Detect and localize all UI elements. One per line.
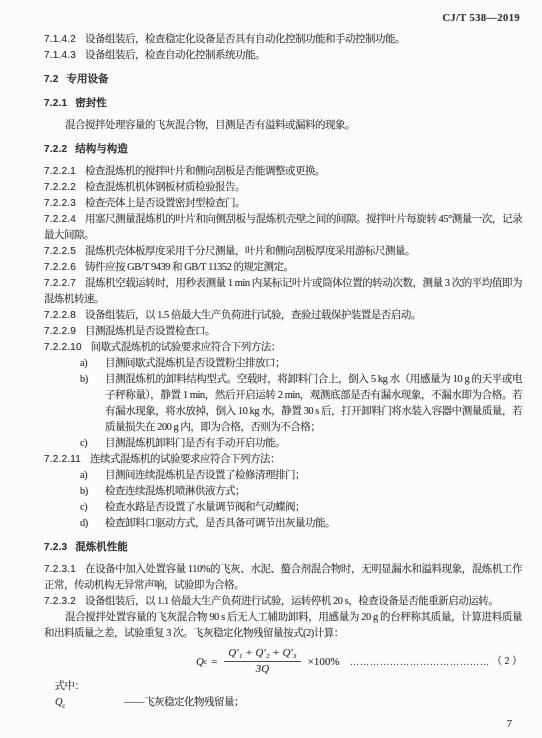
clause-number: 7.2.3.2 (44, 596, 76, 607)
section-heading-7.2.2: 7.2.2结构与构造 (44, 141, 522, 158)
clause-number: 7.1.4.2 (44, 34, 76, 45)
equals-sign: = (211, 654, 217, 670)
clause-text: 铸件应按 GB/T 9439 和 GB/T 11352 的规定测定。 (85, 262, 294, 273)
clause-number: 7.1.4.3 (44, 50, 76, 61)
section-number: 7.2 (44, 74, 59, 85)
clause-7.2.2.1: 7.2.2.1检查混炼机的搅拌叶片和侧向刮板是否能调整或更换。 (44, 164, 522, 180)
clause-number: 7.2.2.1 (44, 166, 76, 177)
clause-text: 检查混炼机的搅拌叶片和侧向刮板是否能调整或更换。 (85, 166, 325, 177)
clause-7.2.2.8: 7.2.2.8设备组装后，以 1.5 倍最大生产负荷进行试验，查验过载保护装置是… (44, 308, 522, 324)
list-text: 目测间连续混炼机是否设置了检修清理排门； (105, 468, 522, 484)
list-text: 检查卸料口驱动方式，是否具备可调节出灰量功能。 (105, 516, 522, 532)
list-item-d: d)检查卸料口驱动方式，是否具备可调节出灰量功能。 (80, 516, 522, 532)
clause-7.2.2.7: 7.2.2.7混炼机空载运转时，用秒表测量 1 min 内某标记叶片或筒体位置的… (44, 276, 522, 308)
list-label: b) (80, 484, 105, 500)
clause-number: 7.2.2.5 (44, 246, 76, 257)
list-item-a: a)目测间连续混炼机是否设置了检修清理排门； (80, 468, 522, 484)
section-number: 7.2.3 (44, 542, 67, 553)
clause-text: 混炼机壳体板厚度采用千分尺测量，叶片和侧向刮板厚度采用游标尺测量。 (85, 246, 415, 257)
section-heading-7.2.1: 7.2.1密封性 (44, 95, 522, 112)
section-number: 7.2.2 (44, 144, 67, 155)
list-text: 检查连续混炼机喷淋供液方式； (105, 484, 522, 500)
list-item-c: c)检查水路是否设置了水量调节阀和气动蝶阀； (80, 500, 522, 516)
clause-text: 连续式混炼机的试验要求应符合下列方法： (90, 454, 280, 465)
clause-7.2.2.5: 7.2.2.5混炼机壳体板厚度采用千分尺测量，叶片和侧向刮板厚度采用游标尺测量。 (44, 244, 522, 260)
section-title: 结构与构造 (75, 143, 128, 155)
clause-text: 设备组装后，以 1.1 倍最大生产负荷进行试验，运转停机 20 s，检查设备是否… (85, 596, 498, 607)
fraction-denominator: 3Q (256, 662, 269, 676)
clause-7.1.4.3: 7.1.4.3设备组装后，检查自动化控制系统功能。 (44, 48, 522, 64)
list-label: a) (80, 468, 105, 484)
section-title: 专用设备 (67, 73, 109, 85)
clause-7.2.2.9: 7.2.2.9目测混炼机是否设置检查口。 (44, 324, 522, 340)
list-label: a) (80, 356, 105, 372)
list-label: d) (80, 516, 105, 532)
paragraph: 混合搅拌处理容量的飞灰混合物，目测是否有溢料或漏料的现象。 (44, 118, 522, 134)
list-label: c) (80, 500, 105, 516)
list-item-b: b)目测混炼机的卸料结构型式。空载时，将卸料门合上，倒入 5 kg 水（用感量为… (80, 372, 522, 436)
clause-number: 7.2.2.4 (44, 214, 76, 225)
where-label: 式中： (44, 679, 522, 695)
clause-7.2.2.10: 7.2.2.10间歇式混炼机的试验要求应符合下列方法： (44, 340, 522, 356)
section-heading-7.2.3: 7.2.3混炼机性能 (44, 539, 522, 556)
list-text: 目测混炼机卸料门是否有手动开启功能。 (105, 436, 522, 452)
section-number: 7.2.1 (44, 98, 67, 109)
equation-number: （ 2 ） (492, 654, 522, 670)
formula-multiplier: ×100% (308, 654, 340, 670)
clause-text: 混炼机空载运转时，用秒表测量 1 min 内某标记叶片或筒体位置的转动次数，测量… (44, 278, 522, 305)
symbol-subscript: c (62, 702, 65, 710)
clause-number: 7.2.2.8 (44, 310, 76, 321)
formula-lhs-subscript: c (204, 654, 207, 670)
list-text: 目测混炼机的卸料结构型式。空载时，将卸料门合上，倒入 5 kg 水（用感量为 1… (105, 372, 522, 436)
list-item-a: a)目测间歇式混炼机是否设置粉尘排放口； (80, 356, 522, 372)
symbol-description: ——飞灰稳定化物残留量； (124, 695, 522, 714)
formula-equation-2: Qc=Q′₁ + Q′₂ + Q′₃3Q×100% ……………………………………… (44, 647, 522, 676)
clause-text: 设备组装后，检查自动化控制系统功能。 (85, 50, 265, 61)
clause-number: 7.2.2.6 (44, 262, 76, 273)
clause-number: 7.2.2.10 (44, 342, 82, 353)
clause-text: 设备组装后，以 1.5 倍最大生产负荷进行试验，查验过载保护装置是否启动。 (85, 310, 421, 321)
list-label: c) (80, 436, 105, 452)
clause-7.1.4.2: 7.1.4.2设备组装后，检查稳定化设备是否具有自动化控制功能和手动控制功能。 (44, 32, 522, 48)
section-title: 混炼机性能 (75, 541, 128, 553)
clause-number: 7.2.2.9 (44, 326, 76, 337)
clause-7.2.3.1: 7.2.3.1在设备中加入处置容量 110%的飞灰、水泥、螯合剂混合物时，无明显… (44, 562, 522, 594)
paragraph: 混合搅拌处置容量的飞灰混合物 90 s 后无人工辅助卸料，用感量为 20 g 的… (44, 610, 522, 642)
dotted-leader: …………………………………… (342, 654, 490, 670)
clause-7.2.3.2: 7.2.3.2设备组装后，以 1.1 倍最大生产负荷进行试验，运转停机 20 s… (44, 594, 522, 610)
clause-7.2.2.11: 7.2.2.11连续式混炼机的试验要求应符合下列方法： (44, 452, 522, 468)
clause-text: 目测混炼机是否设置检查口。 (85, 326, 215, 337)
page-content: 7.1.4.2设备组装后，检查稳定化设备是否具有自动化控制功能和手动控制功能。 … (44, 32, 522, 714)
list-item-c: c)目测混炼机卸料门是否有手动开启功能。 (80, 436, 522, 452)
page-number: 7 (507, 719, 512, 730)
clause-number: 7.2.2.11 (44, 454, 81, 465)
clause-number: 7.2.3.1 (44, 564, 76, 575)
clause-7.2.2.3: 7.2.2.3检查壳体上是否设置密封型检查门。 (44, 196, 522, 212)
clause-text: 用塞尺测量混炼机的叶片和向侧刮板与混炼机壳壁之间的间隙。搅拌叶片每旋转 45°测… (44, 214, 522, 241)
clause-text: 设备组装后，检查稳定化设备是否具有自动化控制功能和手动控制功能。 (85, 34, 405, 45)
list-text: 目测间歇式混炼机是否设置粉尘排放口； (105, 356, 522, 372)
section-title: 密封性 (75, 97, 107, 109)
clause-7.2.2.2: 7.2.2.2检查混炼机机体钢板材质检验报告。 (44, 180, 522, 196)
clause-number: 7.2.2.2 (44, 182, 76, 193)
symbol-term: Qc (55, 695, 124, 714)
clause-7.2.2.4: 7.2.2.4用塞尺测量混炼机的叶片和向侧刮板与混炼机壳壁之间的间隙。搅拌叶片每… (44, 212, 522, 244)
symbol-definition: Qc ——飞灰稳定化物残留量； (55, 695, 522, 714)
clause-number: 7.2.2.7 (44, 278, 76, 289)
list-item-b: b)检查连续混炼机喷淋供液方式； (80, 484, 522, 500)
clause-text: 检查混炼机机体钢板材质检验报告。 (85, 182, 245, 193)
clause-number: 7.2.2.3 (44, 198, 76, 209)
clause-7.2.2.6: 7.2.2.6铸件应按 GB/T 9439 和 GB/T 11352 的规定测定… (44, 260, 522, 276)
clause-text: 检查壳体上是否设置密封型检查门。 (85, 198, 245, 209)
section-heading-7.2: 7.2专用设备 (44, 71, 522, 88)
clause-text: 在设备中加入处置容量 110%的飞灰、水泥、螯合剂混合物时，无明显漏水和溢料现象… (44, 564, 522, 591)
fraction-numerator: Q′₁ + Q′₂ + Q′₃ (224, 647, 300, 662)
doc-code-header: CJ/T 538—2019 (442, 13, 520, 24)
fraction: Q′₁ + Q′₂ + Q′₃3Q (224, 647, 300, 676)
list-label: b) (80, 372, 105, 436)
clause-text: 间歇式混炼机的试验要求应符合下列方法： (91, 342, 281, 353)
document-page: CJ/T 538—2019 7.1.4.2设备组装后，检查稳定化设备是否具有自动… (0, 0, 542, 738)
formula-lhs: Q (196, 654, 204, 670)
list-text: 检查水路是否设置了水量调节阀和气动蝶阀； (105, 500, 522, 516)
